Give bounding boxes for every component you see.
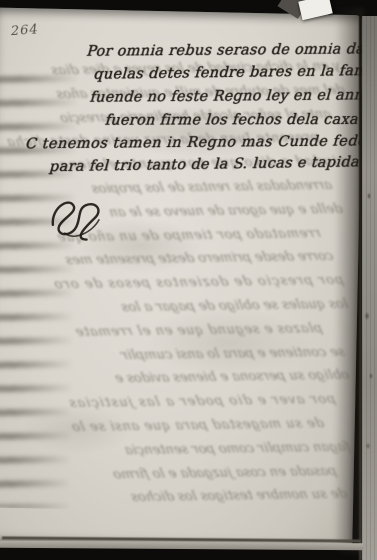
notary-rubric-flourish bbox=[47, 195, 112, 244]
manuscript-photo: y en la dicha ciudad de los reyes a dies… bbox=[0, 0, 377, 560]
page-bottom-sliver bbox=[0, 541, 363, 551]
manuscript-entry-text: Por omnia rebus seraso de omnia danas el… bbox=[0, 38, 377, 180]
folio-number: 264 bbox=[10, 22, 39, 39]
bookmark-slip-text: di a bbox=[318, 0, 331, 16]
facing-page-edge bbox=[362, 16, 377, 560]
manuscript-page: y en la dicha ciudad de los reyes a dies… bbox=[0, 8, 363, 550]
